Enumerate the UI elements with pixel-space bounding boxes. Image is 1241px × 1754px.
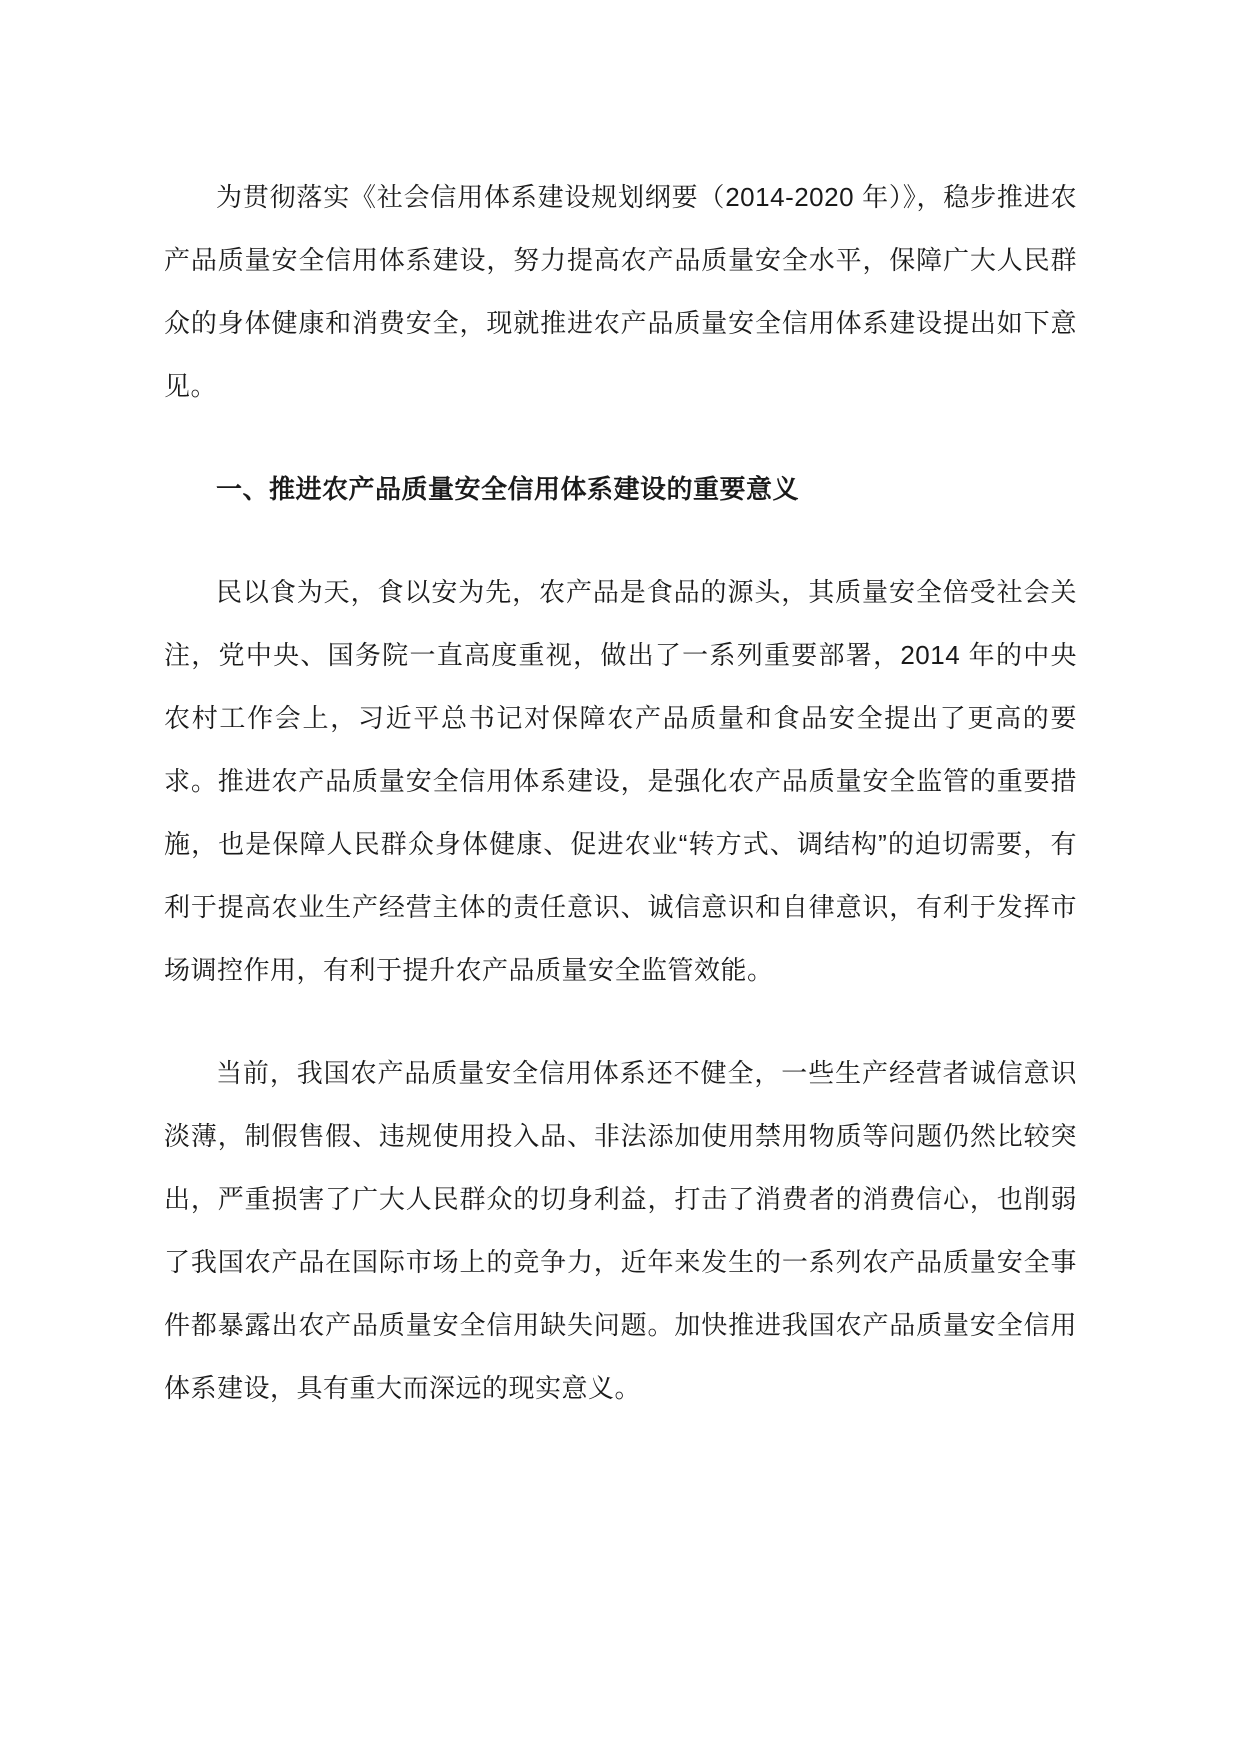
paragraph-significance-1: 民以食为天，食以安为先，农产品是食品的源头，其质量安全倍受社会关注，党中央、国务…	[164, 561, 1077, 1002]
document-page: 为贯彻落实《社会信用体系建设规划纲要（2014-2020 年）》，稳步推进农产品…	[0, 0, 1241, 1754]
paragraph-intro: 为贯彻落实《社会信用体系建设规划纲要（2014-2020 年）》，稳步推进农产品…	[164, 166, 1077, 418]
document-content: 为贯彻落实《社会信用体系建设规划纲要（2014-2020 年）》，稳步推进农产品…	[0, 0, 1241, 1420]
section-heading-1: 一、推进农产品质量安全信用体系建设的重要意义	[164, 458, 1077, 521]
paragraph-significance-2: 当前，我国农产品质量安全信用体系还不健全，一些生产经营者诚信意识淡薄，制假售假、…	[164, 1042, 1077, 1420]
